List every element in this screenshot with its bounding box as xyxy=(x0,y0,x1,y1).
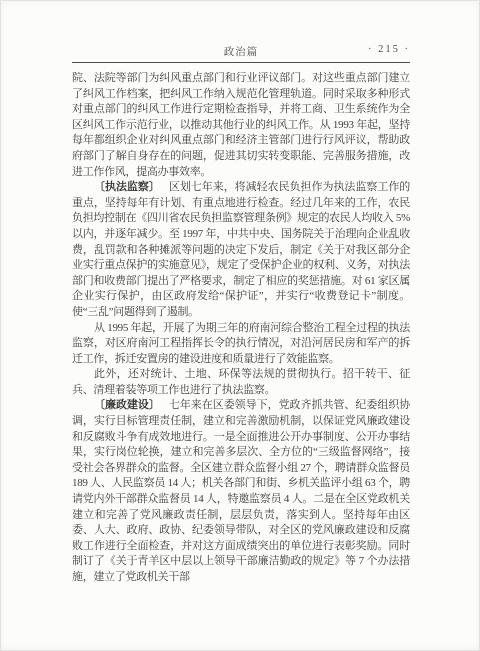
paragraph-clean-government: 〔廉政建设〕七年来在区委领导下，党政齐抓共管、纪委组织协调，实行目标管理责任制，… xyxy=(72,398,410,585)
body-text: 院、法院等部门为纠风重点部门和行业评议部门。对这些重点部门建立了纠风工作档案，把… xyxy=(72,71,410,586)
header-rule xyxy=(72,62,410,63)
page-content: 政治篇 · 215 · 院、法院等部门为纠风重点部门和行业评议部门。对这些重点部… xyxy=(72,44,410,586)
paragraph-law-enforcement-supervision: 〔执法监察〕区划七年来，将减轻农民负担作为执法监察工作的重点，坚持每年有计划、有… xyxy=(72,180,410,320)
paragraph-label: 〔廉政建设〕 xyxy=(94,399,160,411)
book-page: 政治篇 · 215 · 院、法院等部门为纠风重点部门和行业评议部门。对这些重点部… xyxy=(0,0,480,651)
paragraph-text: 此外，还对统计、土地、环保等法规的贯彻执行。招干转干、征兵、清理着装等项工作也进… xyxy=(72,368,410,396)
chapter-title: 政治篇 xyxy=(224,44,259,59)
paragraph-other-supervision: 此外，还对统计、土地、环保等法规的贯彻执行。招干转干、征兵、清理着装等项工作也进… xyxy=(72,367,410,398)
paragraph-text: 七年来在区委领导下，党政齐抓共管、纪委组织协调，实行目标管理责任制，建立和完善激… xyxy=(72,399,410,583)
paragraph-text: 院、法院等部门为纠风重点部门和行业评议部门。对这些重点部门建立了纠风工作档案，把… xyxy=(72,72,410,178)
paragraph-text: 区划七年来，将减轻农民负担作为执法监察工作的重点，坚持每年有计划、有重点地进行检… xyxy=(72,181,410,318)
paragraph-label: 〔执法监察〕 xyxy=(94,181,160,193)
paragraph-funan-river: 从 1995 年起，开展了为期三年的府南河综合整治工程全过程的执法监察，对区府南… xyxy=(72,321,410,368)
page-number: · 215 · xyxy=(368,44,410,55)
running-head: 政治篇 · 215 · xyxy=(72,44,410,59)
paragraph-text: 从 1995 年起，开展了为期三年的府南河综合整治工程全过程的执法监察，对区府南… xyxy=(72,322,410,365)
paragraph-continuation: 院、法院等部门为纠风重点部门和行业评议部门。对这些重点部门建立了纠风工作档案，把… xyxy=(72,71,410,180)
